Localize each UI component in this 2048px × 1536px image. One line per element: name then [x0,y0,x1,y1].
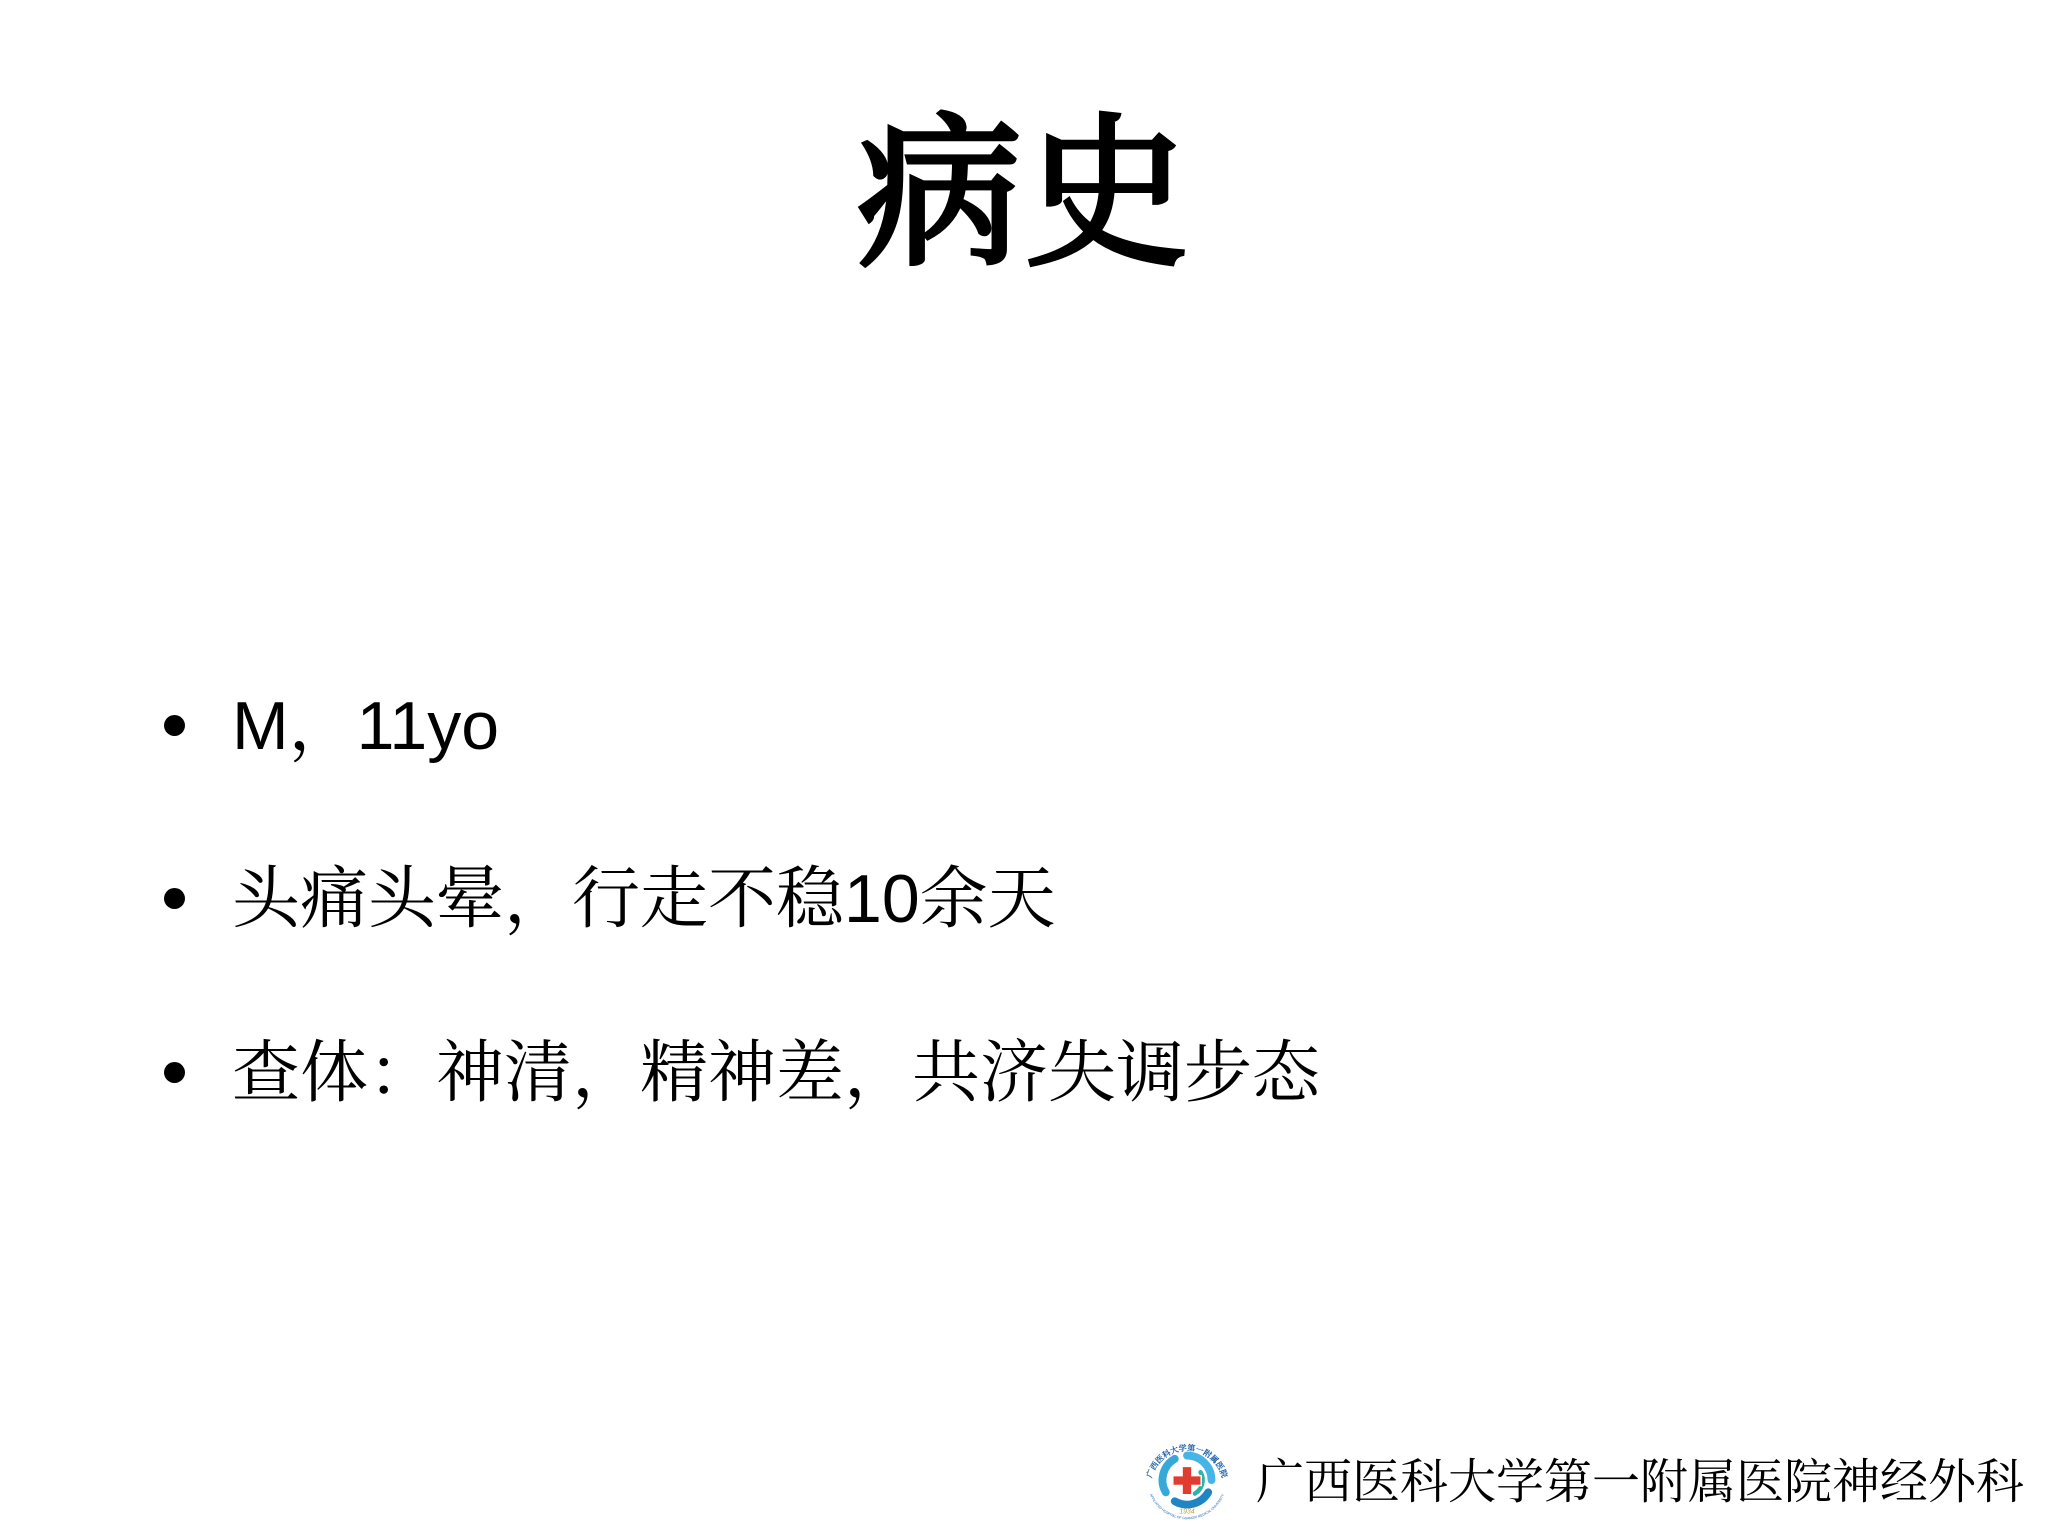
logo-year: 1934 [1179,1508,1194,1515]
bullet-item: 查体：神清，精神差，共济失调步态 [164,1037,1924,1110]
bullet-list: M，11yo 头痛头晕，行走不稳10余天 查体：神清，精神差，共济失调步态 [164,690,1924,1110]
bullet-text-patient: M，11yo [232,690,499,763]
footer: 广西医科大学第一附属医院 AFFILIATED HOSPITAL OF GUAN… [1138,1434,2024,1532]
bullet-dot [164,715,185,736]
org-name: 广西医科大学第一附属医院神经外科 [1256,1454,2024,1512]
bullet-dot [164,1062,185,1083]
bullet-item: M，11yo [164,690,1924,763]
slide-title: 病史 [0,112,2048,277]
slide: 病史 M，11yo 头痛头晕，行走不稳10余天 查体：神清，精神差，共济失调步态… [0,0,2048,1536]
bullet-dot [164,888,185,909]
bullet-item: 头痛头晕，行走不稳10余天 [164,863,1924,936]
bullet-text-exam: 查体：神清，精神差，共济失调步态 [232,1037,1320,1110]
hospital-logo-icon: 广西医科大学第一附属医院 AFFILIATED HOSPITAL OF GUAN… [1138,1434,1236,1532]
bullet-text-symptoms: 头痛头晕，行走不稳10余天 [232,863,1056,936]
